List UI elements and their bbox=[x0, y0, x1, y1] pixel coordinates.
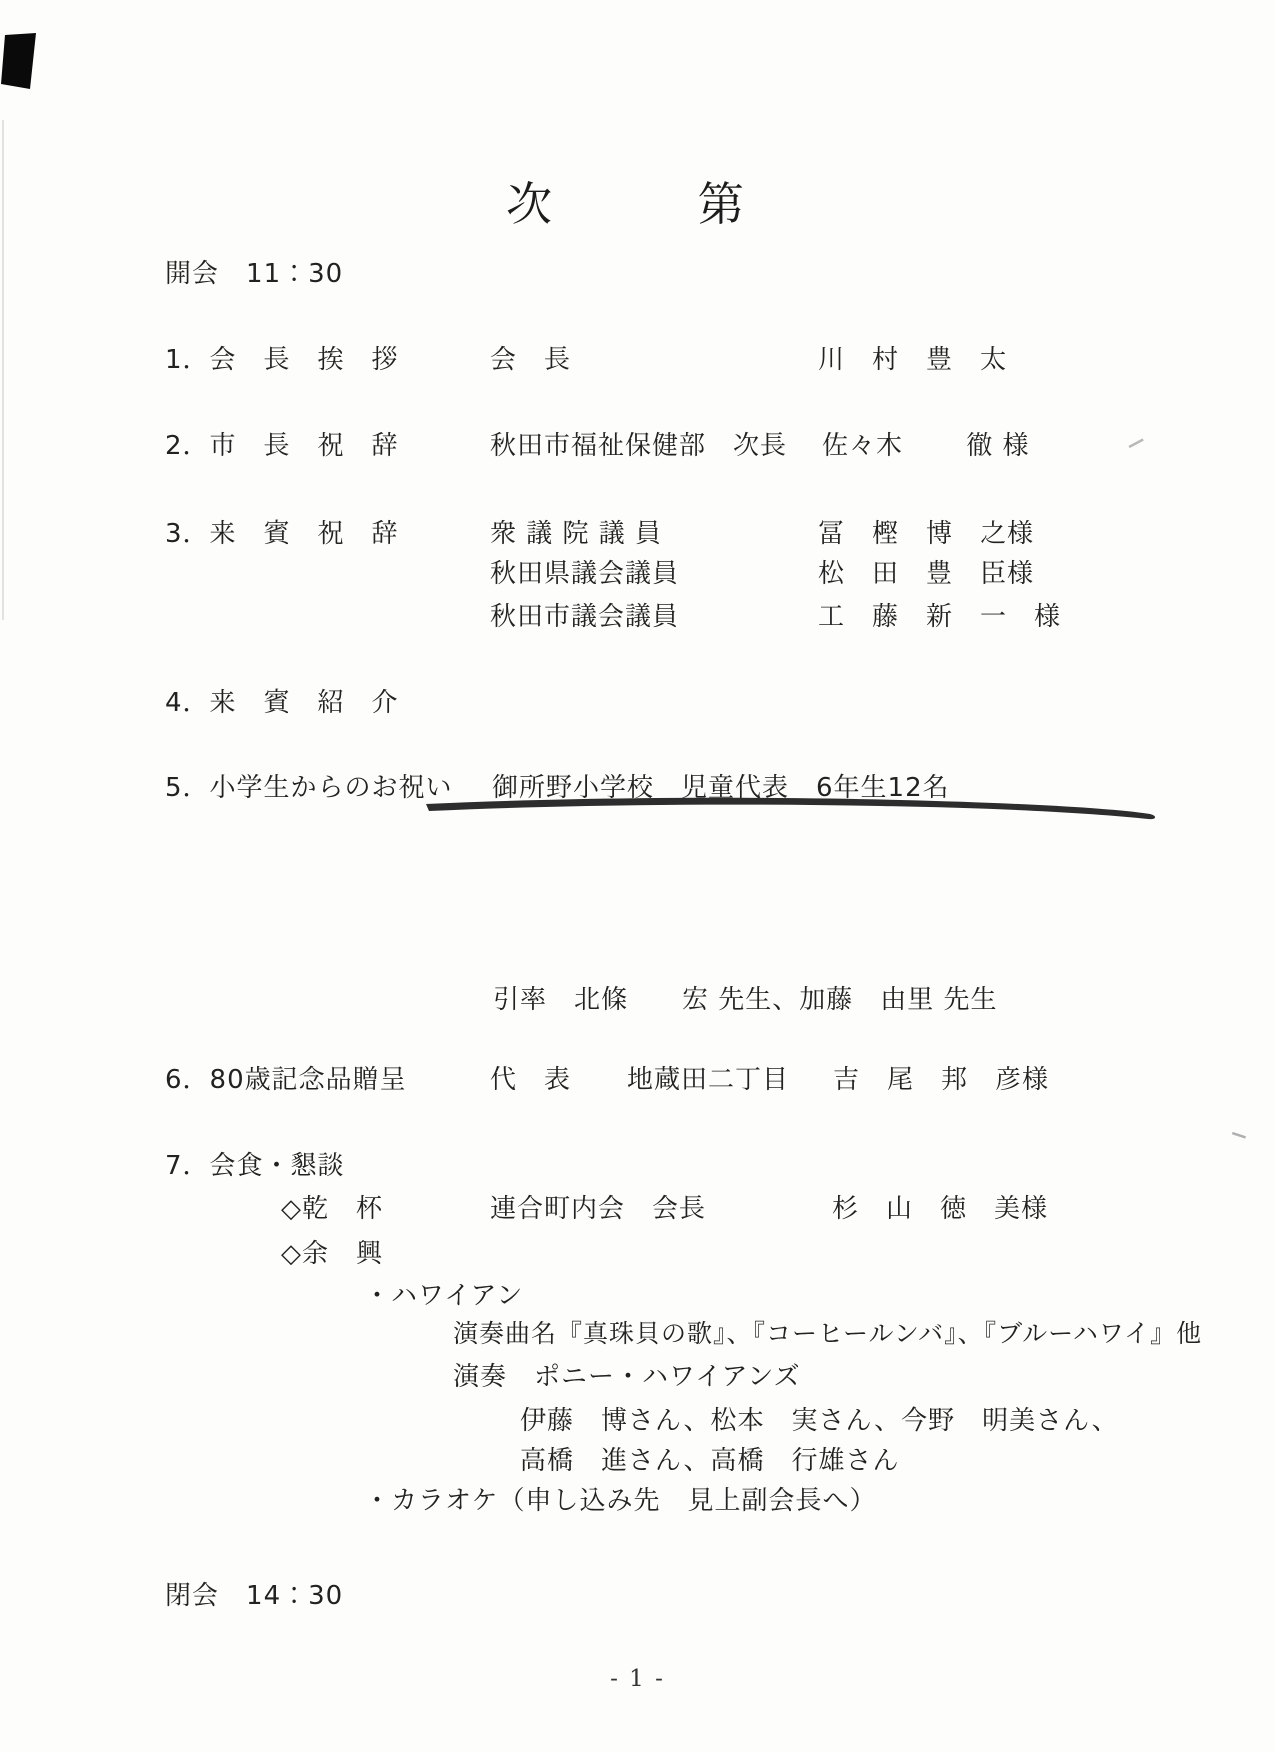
item-6-name: 吉 尾 邦 彦様 bbox=[833, 1064, 1049, 1096]
item-5-label: 5．小学生からのお祝い bbox=[165, 772, 453, 804]
hawaiian-members-line1: 伊藤 博さん、松本 実さん、今野 明美さん、 bbox=[520, 1405, 1119, 1437]
item-3-guest-1-name: 冨 樫 博 之様 bbox=[818, 518, 1034, 550]
item-2-label: 2．市 長 祝 辞 bbox=[165, 430, 399, 462]
item-4-label: 4．来 賓 紹 介 bbox=[165, 687, 399, 719]
hawaiian-bullet: ・ハワイアン bbox=[364, 1280, 523, 1312]
opening-time: 11：30 bbox=[246, 259, 343, 289]
item-1-name: 川 村 豊 太 bbox=[818, 344, 1007, 376]
item-3-guest-2-name: 松 田 豊 臣様 bbox=[818, 558, 1034, 590]
scan-speck-1 bbox=[1128, 438, 1143, 448]
scanned-program-page: 次 第 開会 11：30 1．会 長 挨 拶 会 長 川 村 豊 太 2．市 長… bbox=[0, 0, 1275, 1752]
karaoke-line: ・カラオケ（申し込み先 見上副会長へ） bbox=[364, 1485, 876, 1517]
item-6-role: 代 表 bbox=[490, 1064, 571, 1096]
scan-edge-line bbox=[2, 120, 4, 620]
scan-blot-top-left bbox=[1, 33, 36, 89]
hawaiian-members-line2: 高橋 進さん、高橋 行雄さん bbox=[520, 1445, 900, 1477]
item-6-group: 地蔵田二丁目 bbox=[627, 1064, 789, 1096]
toast-role: 連合町内会 会長 bbox=[490, 1193, 706, 1225]
item-3-guest-1-role: 衆 議 院 議 員 bbox=[490, 518, 662, 550]
page-number: - 1 - bbox=[0, 1666, 1275, 1692]
item-3-guest-2-role: 秋田県議会議員 bbox=[490, 558, 679, 590]
scan-speck-2 bbox=[1232, 1132, 1246, 1139]
toast-name: 杉 山 徳 美様 bbox=[832, 1193, 1048, 1225]
item-5-chaperone: 引率 北條 宏 先生、加藤 由里 先生 bbox=[493, 984, 998, 1016]
hawaiian-songs: 演奏曲名『真珠貝の歌』、『コーヒールンバ』、『ブルーハワイ』他 bbox=[453, 1318, 1202, 1350]
opening-label: 開会 bbox=[165, 259, 219, 289]
item-3-label: 3．来 賓 祝 辞 bbox=[165, 518, 399, 550]
closing-label: 閉会 bbox=[165, 1581, 219, 1611]
closing-time: 14：30 bbox=[246, 1581, 343, 1611]
page-title: 次 第 bbox=[506, 168, 746, 234]
hawaiian-performers: 演奏 ポニー・ハワイアンズ bbox=[453, 1361, 801, 1393]
diamond-marker: ◇ bbox=[281, 1239, 302, 1269]
entertainment-line: ◇余 興 bbox=[281, 1238, 383, 1270]
closing-line: 閉会 14：30 bbox=[165, 1580, 343, 1612]
item-7-label: 7．会食・懇談 bbox=[165, 1150, 345, 1182]
item-6-label: 6．80歳記念品贈呈 bbox=[165, 1064, 407, 1096]
diamond-marker: ◇ bbox=[281, 1194, 302, 1224]
item-2-role: 秋田市福祉保健部 次長 bbox=[490, 430, 787, 462]
item-5-detail: 御所野小学校 児童代表 6年生12名 bbox=[492, 772, 950, 804]
item-1-role: 会 長 bbox=[490, 344, 571, 376]
item-3-guest-3-role: 秋田市議会議員 bbox=[490, 601, 679, 633]
opening-line: 開会 11：30 bbox=[165, 258, 343, 290]
item-1-label: 1．会 長 挨 拶 bbox=[165, 344, 399, 376]
item-3-guest-3-name: 工 藤 新 一 様 bbox=[818, 601, 1061, 633]
toast-line: ◇乾 杯 bbox=[281, 1193, 383, 1225]
item-2-name: 佐々木 徹 様 bbox=[822, 430, 1030, 462]
